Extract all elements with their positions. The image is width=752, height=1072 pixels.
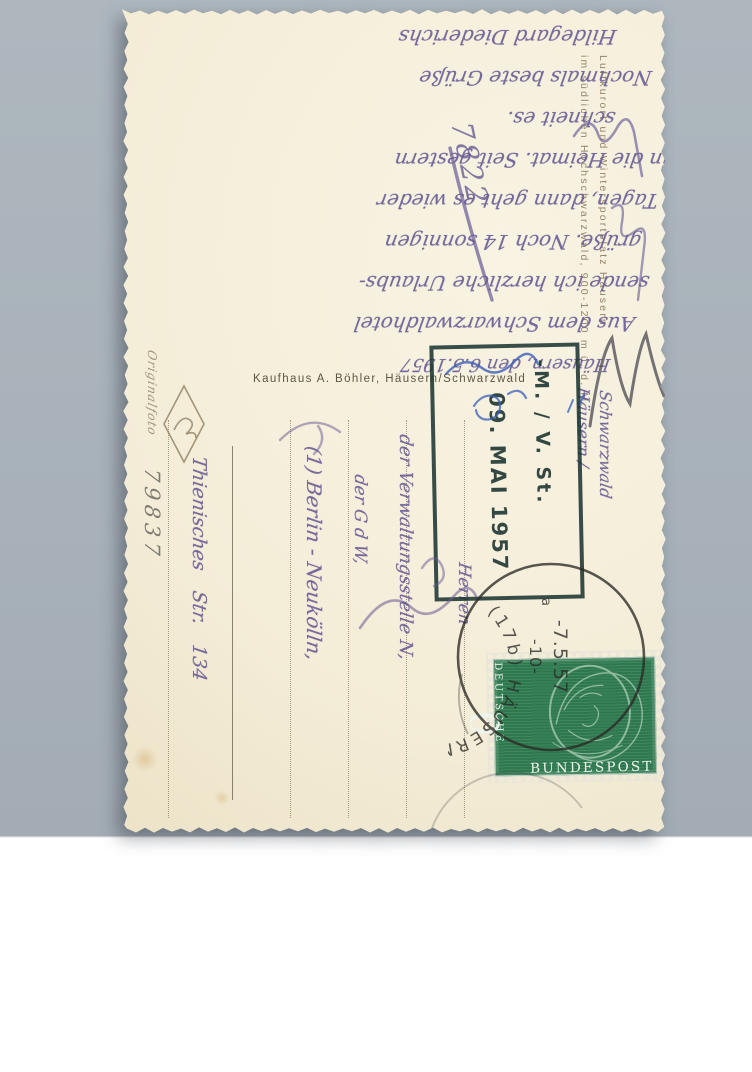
foxing-stain <box>214 790 230 806</box>
scanned-postcard-photo: Luftkurort und Wintersportplatz Häusern … <box>0 0 752 1072</box>
ink-scribbles <box>122 8 667 834</box>
background-edge-shadow <box>0 835 752 838</box>
postcard-back: Luftkurort und Wintersportplatz Häusern … <box>122 8 667 834</box>
foxing-stain <box>132 746 158 772</box>
